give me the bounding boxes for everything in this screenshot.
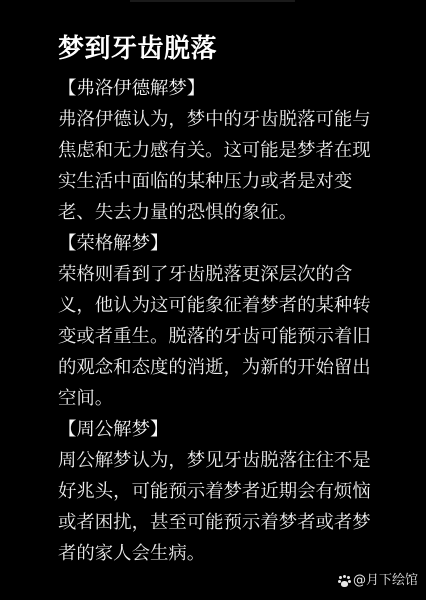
paragraph-line: 实生活中面临的某种压力或者是对变 [58,166,368,197]
section-heading-zhougong: 【周公解梦】 [58,414,368,445]
author-watermark: @月下绘馆 [338,572,418,590]
watermark-text: @月下绘馆 [353,572,418,590]
paragraph-line: 的观念和态度的消逝，为新的开始留出 [58,352,368,383]
paragraph-line: 义，他认为这可能象征着梦者的某种转 [58,290,368,321]
article-body: 【弗洛伊德解梦】 弗洛伊德认为，梦中的牙齿脱落可能与 焦虑和无力感有关。这可能是… [58,73,368,569]
paragraph-line: 老、失去力量的恐惧的象征。 [58,197,368,228]
paragraph-line: 焦虑和无力感有关。这可能是梦者在现 [58,135,368,166]
section-heading-freud: 【弗洛伊德解梦】 [58,73,368,104]
paragraph-line: 空间。 [58,383,368,414]
paragraph-line: 荣格则看到了牙齿脱落更深层次的含 [58,259,368,290]
paragraph-line: 或者困扰，甚至可能预示着梦者或者梦 [58,507,368,538]
paw-icon [338,575,351,588]
paragraph-line: 周公解梦认为，梦见牙齿脱落往往不是 [58,445,368,476]
section-heading-jung: 【荣格解梦】 [58,228,368,259]
paragraph-line: 弗洛伊德认为，梦中的牙齿脱落可能与 [58,104,368,135]
paragraph-line: 变或者重生。脱落的牙齿可能预示着旧 [58,321,368,352]
paragraph-line: 好兆头，可能预示着梦者近期会有烦恼 [58,476,368,507]
paragraph-line: 者的家人会生病。 [58,538,368,569]
page-title: 梦到牙齿脱落 [58,31,217,67]
top-edge-strip [130,0,295,2]
